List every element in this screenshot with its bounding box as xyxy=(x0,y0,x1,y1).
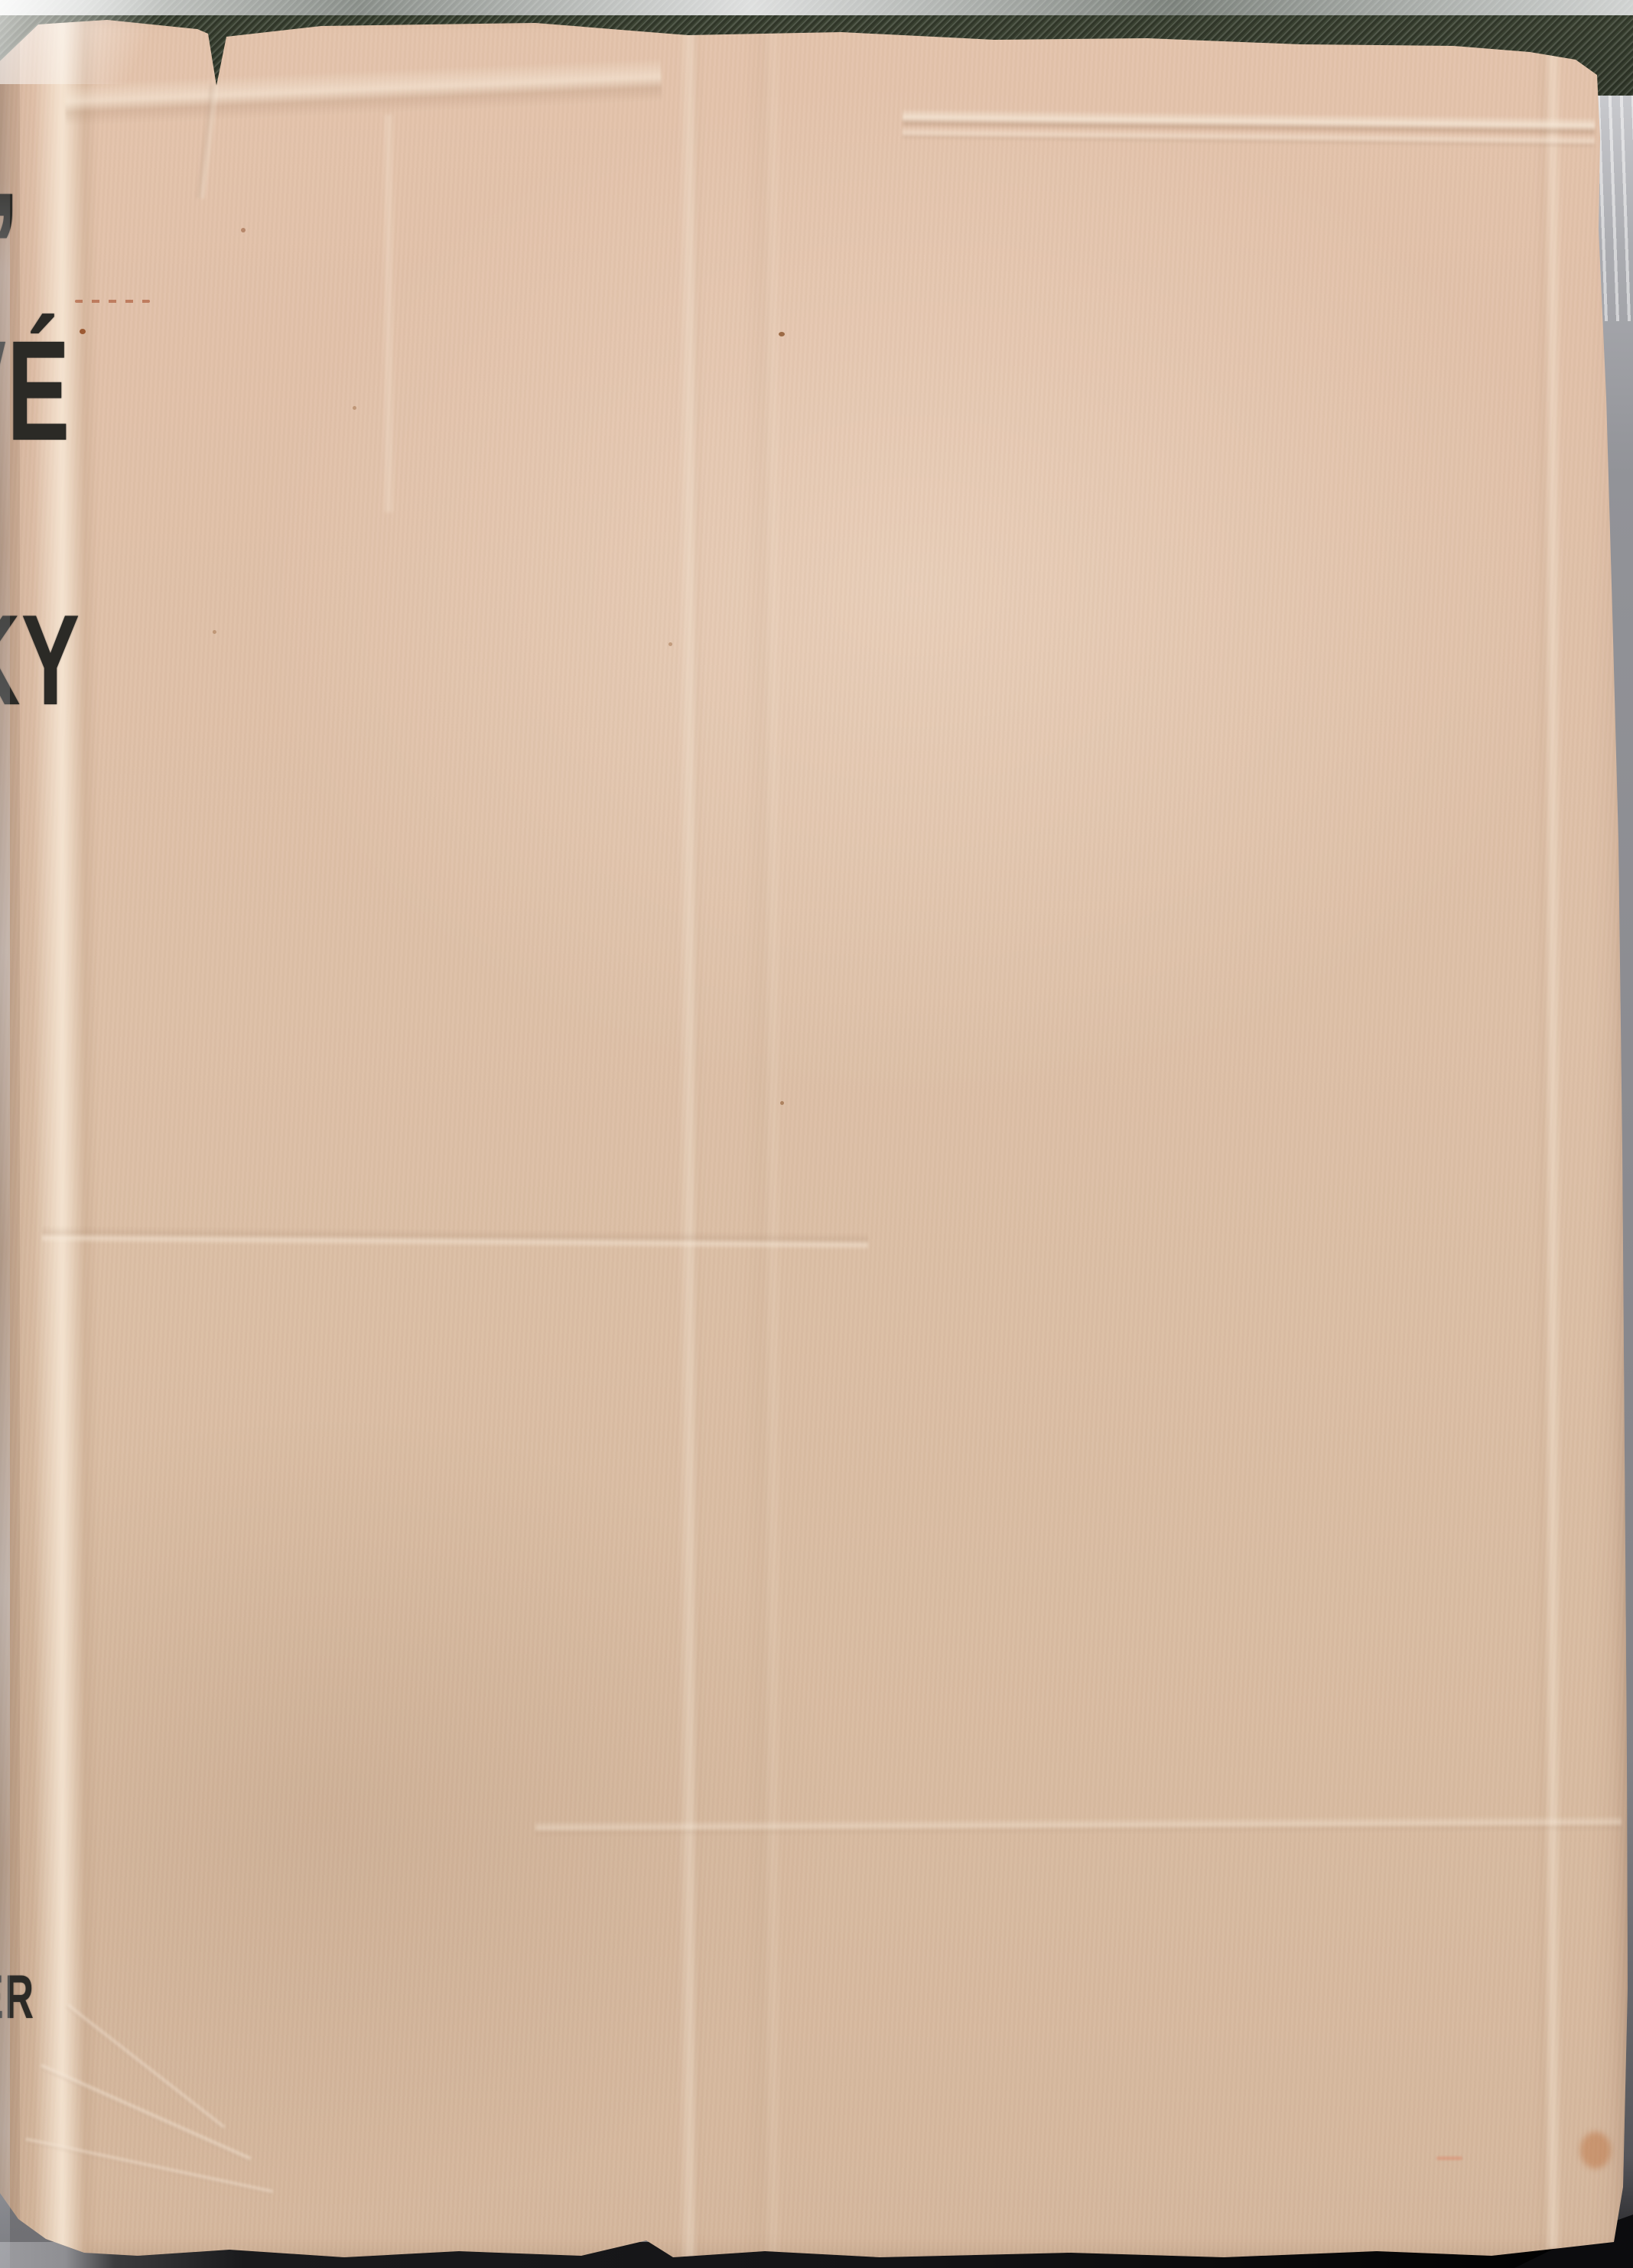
middle-crease xyxy=(42,1226,868,1249)
rust-speck xyxy=(80,329,86,334)
title-fragment-line1: VÉ xyxy=(0,320,70,463)
sleeve-top-glare xyxy=(0,0,1633,15)
rust-speck xyxy=(668,642,672,646)
rust-speck xyxy=(780,1101,784,1105)
rust-streak xyxy=(75,300,150,303)
center-fold-crease xyxy=(679,0,702,2268)
rust-smudge xyxy=(1580,2132,1611,2169)
top-right-crease xyxy=(903,109,1595,148)
dust-jacket-paper: , VÉ KY ER xyxy=(0,0,1633,2268)
book-back-cover-photo: , VÉ KY ER xyxy=(0,0,1633,2268)
rust-speck xyxy=(353,406,356,410)
rust-streak xyxy=(1436,2156,1462,2160)
rust-speck xyxy=(779,332,785,336)
rust-speck xyxy=(241,228,246,232)
rust-speck xyxy=(213,630,216,634)
center-fold-crease-2 xyxy=(746,0,779,2268)
upper-left-fold-crease xyxy=(382,115,395,512)
sleeve-left-glare xyxy=(0,0,10,2268)
title-fragment-line2: KY xyxy=(0,596,80,724)
right-fold-crease xyxy=(1536,46,1562,2248)
